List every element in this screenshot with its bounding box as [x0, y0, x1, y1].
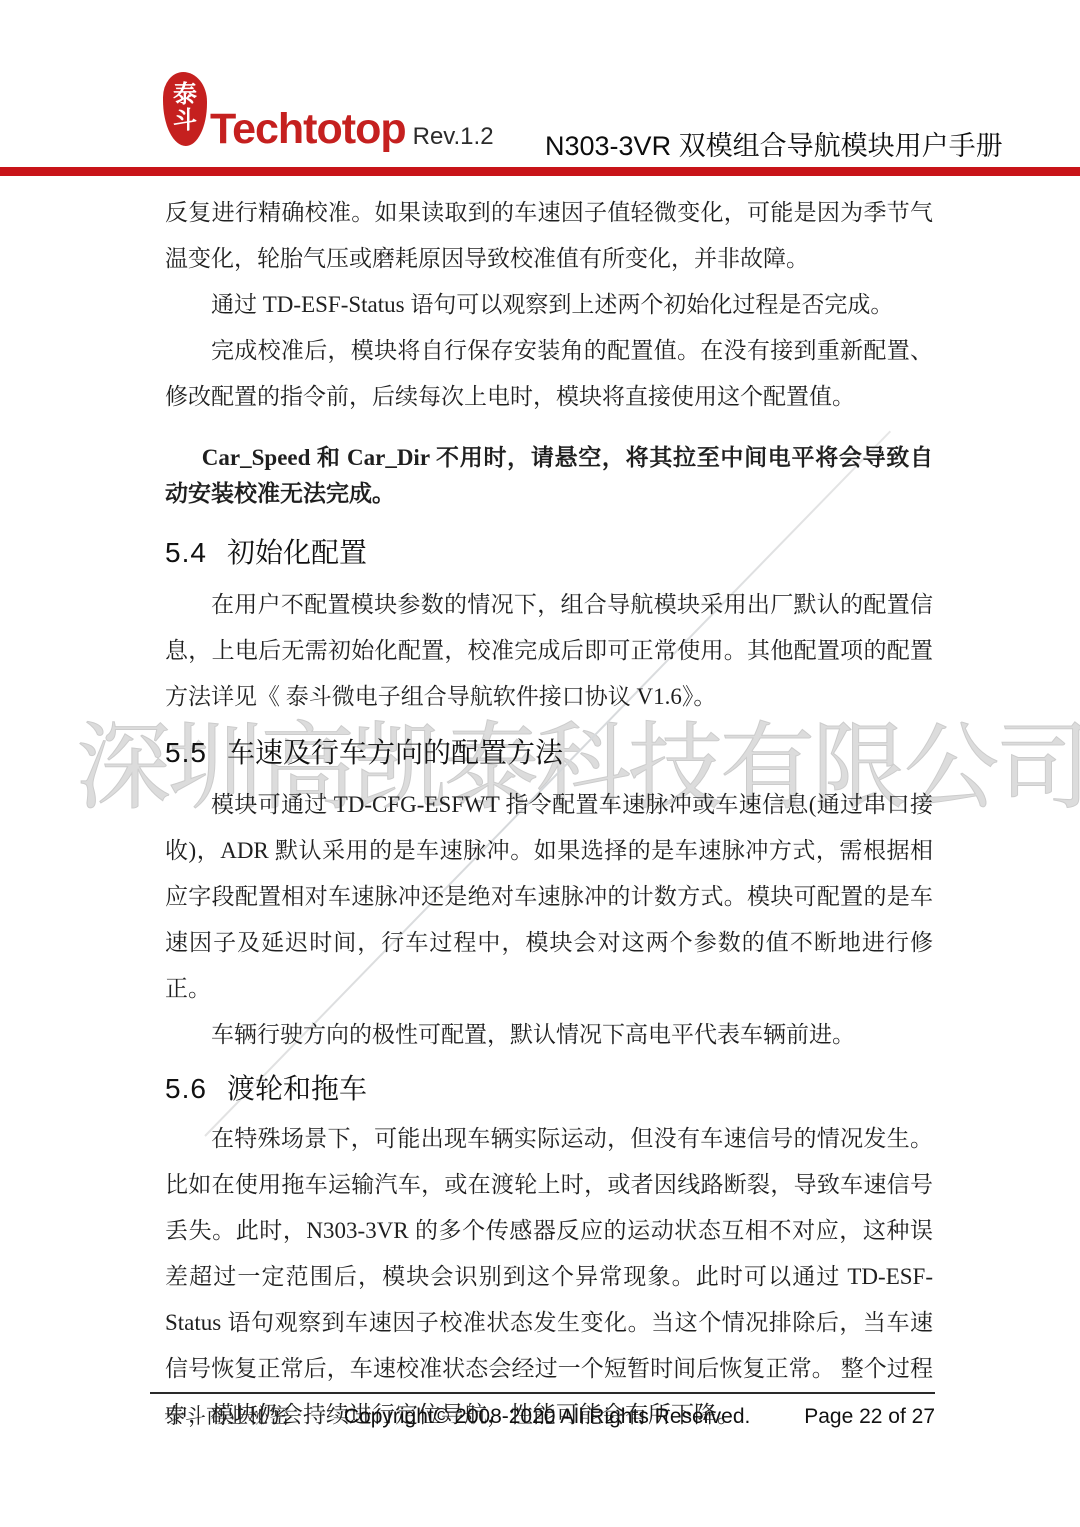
paragraph: 反复进行精确校准。如果读取到的车速因子值轻微变化，可能是因为季节气温变化，轮胎气…	[165, 190, 933, 282]
section-title: 车速及行车方向的配置方法	[227, 734, 563, 772]
paragraph: 车辆行驶方向的极性可配置，默认情况下高电平代表车辆前进。	[165, 1012, 933, 1058]
section-title: 初始化配置	[227, 534, 367, 572]
confidential-label: 泰斗商业秘密	[164, 1400, 290, 1430]
document-page: 泰 斗 Techtotop Rev.1.2 N303-3VR 双模组合导航模块用…	[0, 0, 1080, 1527]
page-body: 反复进行精确校准。如果读取到的车速因子值轻微变化，可能是因为季节气温变化，轮胎气…	[165, 190, 933, 1438]
section-number: 5.4	[165, 534, 207, 572]
seal-char-bottom: 斗	[173, 109, 197, 135]
section-title: 渡轮和拖车	[227, 1070, 367, 1108]
section-number: 5.6	[165, 1070, 207, 1108]
paragraph: 完成校准后，模块将自行保存安装角的配置值。在没有接到重新配置、修改配置的指令前，…	[165, 328, 933, 420]
paragraph: 在用户不配置模块参数的情况下，组合导航模块采用出厂默认的配置信息，上电后无需初始…	[165, 582, 933, 720]
page-number: Page 22 of 27	[804, 1405, 935, 1429]
paragraph: 通过 TD-ESF-Status 语句可以观察到上述两个初始化过程是否完成。	[165, 282, 933, 328]
page-header: 泰 斗 Techtotop Rev.1.2 N303-3VR 双模组合导航模块用…	[0, 0, 1080, 167]
header-divider	[0, 167, 1080, 176]
brand-wordmark: Techtotop	[210, 108, 406, 151]
page-footer: 泰斗商业秘密 Copyright© 2008-2020 All Rights R…	[150, 1392, 935, 1430]
copyright-text: Copyright© 2008-2020 All Rights Reserved…	[344, 1405, 751, 1429]
paragraph: 在特殊场景下，可能出现车辆实际运动，但没有车速信号的情况发生。比如在使用拖车运输…	[165, 1116, 933, 1438]
bold-notice: Car_Speed 和 Car_Dir 不用时，请悬空，将其拉至中间电平将会导致…	[165, 440, 933, 512]
paragraph: 模块可通过 TD-CFG-ESFWT 指令配置车速脉冲或车速信息(通过串口接收)…	[165, 782, 933, 1012]
section-number: 5.5	[165, 734, 207, 772]
logo-seal-icon: 泰 斗	[163, 72, 207, 146]
revision-label: Rev.1.2	[413, 125, 494, 149]
techtotop-logo: 泰 斗 Techtotop Rev.1.2	[163, 72, 494, 146]
section-heading-5-5: 5.5 车速及行车方向的配置方法	[165, 734, 933, 772]
section-heading-5-4: 5.4 初始化配置	[165, 534, 933, 572]
seal-char-top: 泰	[173, 83, 197, 109]
document-title: N303-3VR 双模组合导航模块用户手册	[545, 124, 1003, 163]
section-heading-5-6: 5.6 渡轮和拖车	[165, 1070, 933, 1108]
